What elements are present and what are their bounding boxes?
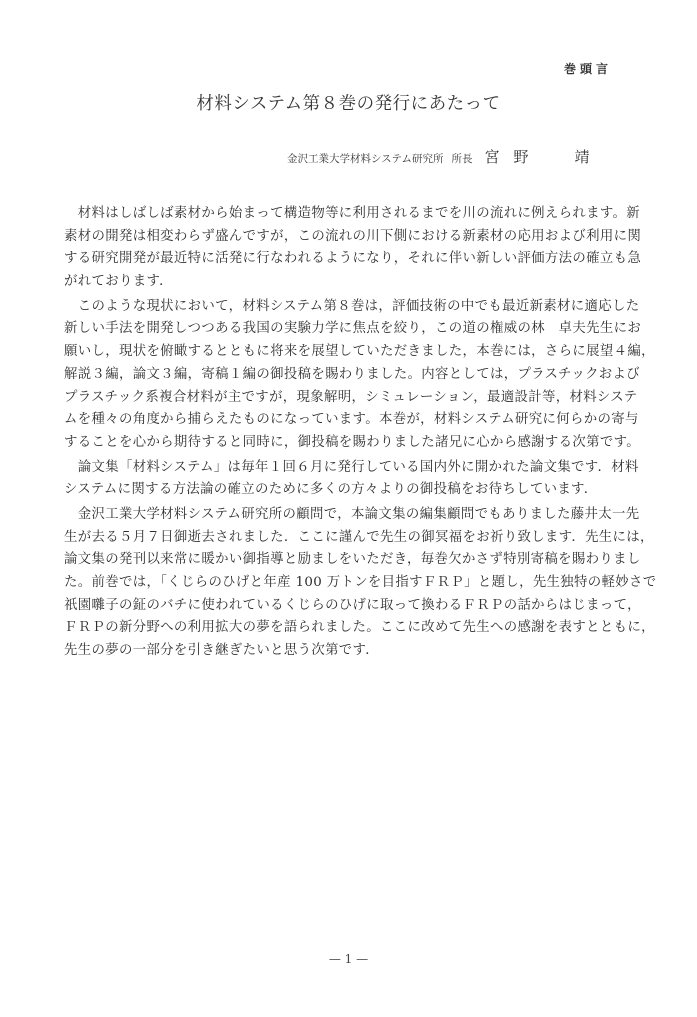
author-line: 金沢工業大学材料システム研究所所長宮野靖 <box>287 146 590 167</box>
text-line: 祇園囃子の鉦のバチに使われているくじらのひげに取って換わるＦＲＰの話からはじまっ… <box>64 595 624 618</box>
text-line: このような現状において，材料システム第８巻は，評価技術の中でも最近新素材に適応し… <box>64 296 624 319</box>
text-line: ＦＲＰの新分野への利用拡大の夢を語られました。ここに改めて先生への感謝を表すとと… <box>64 617 624 640</box>
text-line: 新しい手法を開発しつつある我国の実験力学に焦点を絞り，この道の権威の林 卓夫先生… <box>64 318 624 341</box>
author-name-part: 靖 <box>574 148 589 166</box>
text-line: 願いし，現状を俯瞰するとともに将来を展望していただきました，本巻には，さらに展望… <box>64 341 624 364</box>
author-affiliation: 金沢工業大学材料システム研究所 <box>287 153 443 165</box>
text-line: がれております． <box>64 271 624 294</box>
text-line: する研究開発が最近特に活発に行なわれるようになり，それに伴い新しい評価方法の確立… <box>64 248 624 271</box>
author-name-part: 宮 <box>484 148 499 166</box>
text-line: た。前巻では，「くじらのひげと年産 100 万トンを目指すＦＲＰ」と題し，先生独… <box>64 572 624 595</box>
page-number: — 1 — <box>0 952 697 966</box>
text-line: 素材の開発は相変わらず盛んですが，この流れの川下側における新素材の応用および利用… <box>64 226 624 249</box>
text-line: 生が去る５月７日御逝去されました．ここに謹んで先生の御冥福をお祈り致します．先生… <box>64 527 624 550</box>
paragraph: 材料はしばしば素材から始まって構造物等に利用されるまでを川の流れに例えられます。… <box>64 203 624 294</box>
page-title: 材料システム第８巻の発行にあたって <box>0 90 697 115</box>
text-line: 論文集の発刊以来常に暖かい御指導と励ましをいただき，毎巻欠かさず特別寄稿を賜わり… <box>64 549 624 572</box>
paragraph: 金沢工業大学材料システム研究所の顧問で，本論文集の編集顧問でもありました藤井太一… <box>64 504 624 663</box>
author-name-part: 野 <box>513 148 528 166</box>
paragraph: このような現状において，材料システム第８巻は，評価技術の中でも最近新素材に適応し… <box>64 296 624 455</box>
text-line: 論文集「材料システム」は毎年１回６月に発行している国内外に開かれた論文集です．材… <box>64 457 624 480</box>
document-page: 巻頭言 材料システム第８巻の発行にあたって 金沢工業大学材料システム研究所所長宮… <box>0 0 697 1017</box>
text-line: システムに関する方法論の確立のために多くの方々よりの御投稿をお待ちしています． <box>64 479 624 502</box>
text-line: ムを種々の角度から捕らえたものになっています。本巻が，材料システム研究に何らかの… <box>64 409 624 432</box>
text-line: 金沢工業大学材料システム研究所の顧問で，本論文集の編集顧問でもありました藤井太一… <box>64 504 624 527</box>
author-role: 所長 <box>451 153 472 165</box>
text-line: 解説３編，論文３編，寄稿１編の御投稿を賜わりました。内容としては，プラスチックお… <box>64 364 624 387</box>
text-line: 材料はしばしば素材から始まって構造物等に利用されるまでを川の流れに例えられます。… <box>64 203 624 226</box>
section-label: 巻頭言 <box>564 60 612 77</box>
text-line: 先生の夢の一部分を引き継ぎたいと思う次第です． <box>64 640 624 663</box>
text-line: することを心から期待すると同時に，御投稿を賜わりました諸兄に心から感謝する次第で… <box>64 432 624 455</box>
text-line: プラスチック系複合材料が主ですが，現象解明，シミュレーション，最適設計等，材料シ… <box>64 387 624 410</box>
body-text: 材料はしばしば素材から始まって構造物等に利用されるまでを川の流れに例えられます。… <box>64 203 624 663</box>
paragraph: 論文集「材料システム」は毎年１回６月に発行している国内外に開かれた論文集です．材… <box>64 457 624 502</box>
